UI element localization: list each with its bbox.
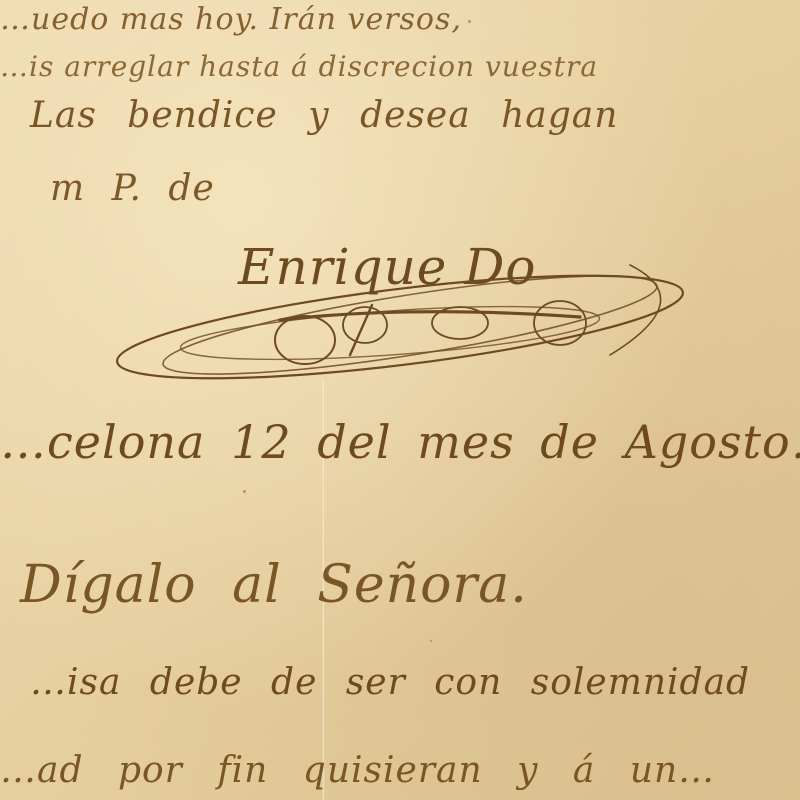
dateline: …celona 12 del mes de Agosto… — [0, 415, 800, 469]
text-line-misa: …isa debe de ser con solemnidad — [30, 662, 750, 703]
text-line-last: …ad por fin quisieran y á un… — [0, 750, 715, 791]
paper-speck — [430, 640, 432, 642]
text-line-2: …is arreglar hasta á discrecion vuestra — [0, 50, 598, 83]
paper-speck — [468, 20, 471, 23]
paper-speck — [243, 490, 246, 493]
text-line-1: …uedo mas hoy. Irán versos, — [0, 2, 462, 37]
letter-photo: …uedo mas hoy. Irán versos, …is arreglar… — [0, 0, 800, 800]
closing-line: m P. de — [50, 168, 215, 209]
text-line-dígalo: Dígalo al Señora. — [20, 555, 528, 615]
text-line-3: Las bendice y desea hagan — [30, 95, 618, 136]
signature-rubric-flourish — [110, 245, 690, 395]
